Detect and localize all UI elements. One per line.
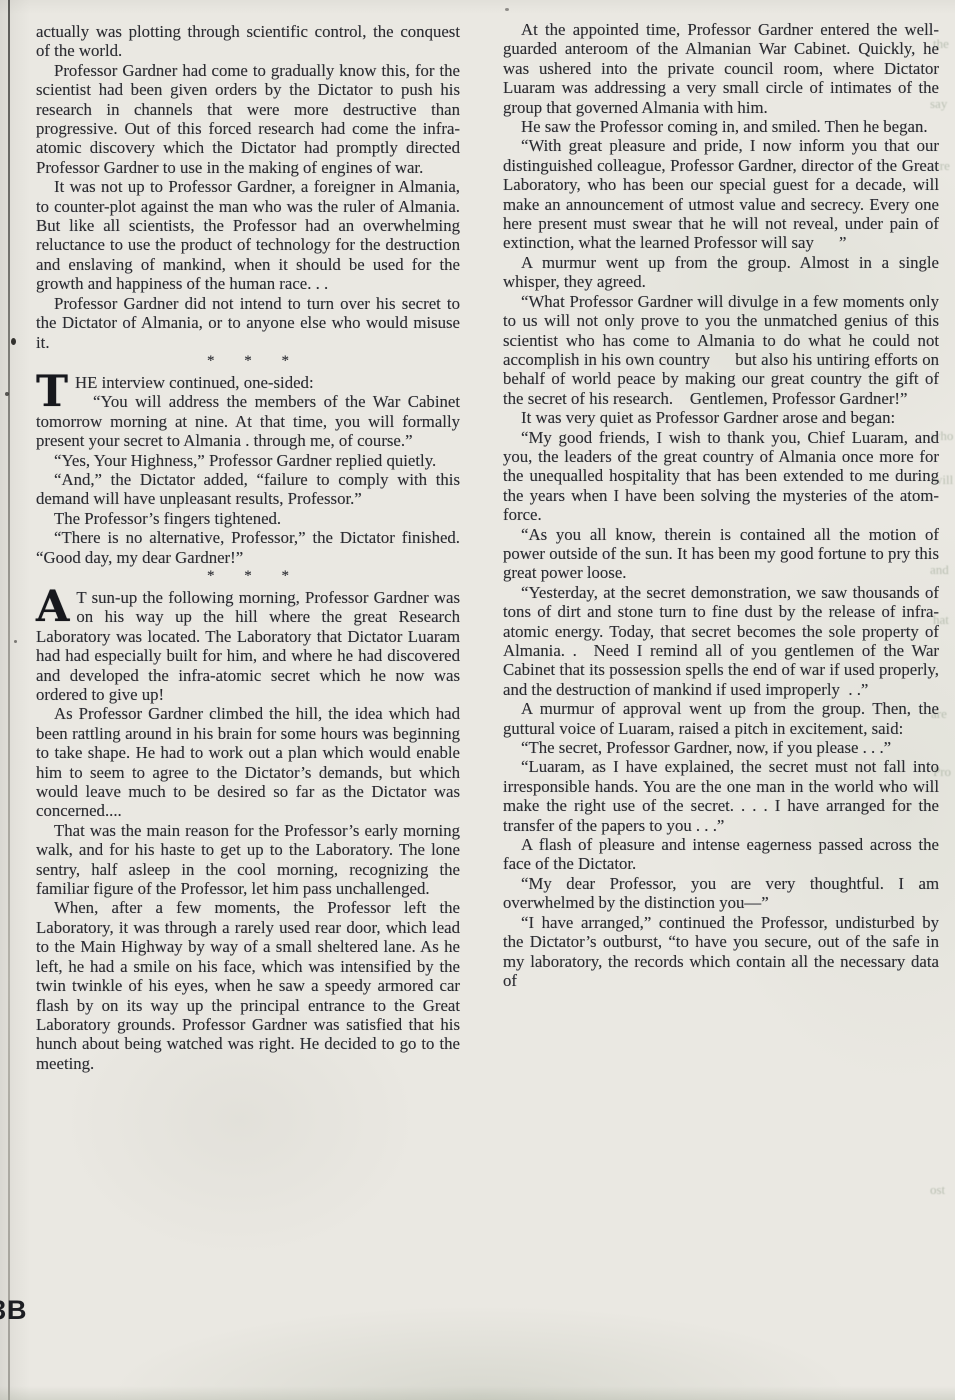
section-separator: * * * (36, 352, 460, 373)
paragraph: A murmur of approval went up from the gr… (503, 699, 939, 738)
paragraph: Professor Gardner did not intend to turn… (36, 294, 460, 352)
paragraph: “My dear Professor, you are very thought… (503, 874, 939, 913)
paragraph: At the appointed time, Professor Gardner… (503, 20, 939, 117)
drop-cap: A (36, 588, 76, 624)
paragraph: It was very quiet as Professor Gardner a… (503, 408, 939, 427)
paragraph: A murmur went up from the group. Almost … (503, 253, 939, 292)
paragraph: He saw the Professor coming in, and smil… (503, 117, 939, 136)
section-sunup: A T sun-up the following morning, Profes… (36, 588, 460, 704)
right-column: At the appointed time, Professor Gardner… (503, 20, 939, 990)
paragraph: “And,” the Dictator added, “failure to c… (36, 470, 460, 509)
paragraph: HE interview continued, one-sided: (36, 373, 460, 392)
paragraph: T sun-up the following morning, Professo… (36, 588, 460, 704)
paragraph: “What Professor Gardner will divulge in … (503, 292, 939, 408)
left-column: actually was plotting through scientific… (36, 22, 460, 1073)
paragraph: “As you all know, therein is contained a… (503, 525, 939, 583)
paragraph: “Yesterday, at the secret demonstration,… (503, 583, 939, 699)
paragraph: When, after a few moments, the Professor… (36, 898, 460, 1073)
paragraph: “Luaram, as I have explained, the secret… (503, 757, 939, 835)
paragraph: “My good friends, I wish to thank you, C… (503, 428, 939, 525)
section-interview: T HE interview continued, one-sided: “Yo… (36, 373, 460, 451)
showthrough-text: ost (930, 1182, 945, 1198)
paragraph: “There is no alternative, Professor,” th… (36, 528, 460, 567)
paragraph: The Professor’s fingers tightened. (36, 509, 460, 528)
section-separator: * * * (36, 567, 460, 588)
paragraph: That was the main reason for the Profess… (36, 821, 460, 899)
page-number: 3B (0, 1295, 28, 1326)
paper-speck (5, 392, 9, 396)
paragraph: “I have arranged,” continued the Profess… (503, 913, 939, 991)
paragraph: A flash of pleasure and intense eagernes… (503, 835, 939, 874)
paragraph: As Professor Gardner climbed the hill, t… (36, 704, 460, 820)
paragraph: actually was plotting through scientific… (36, 22, 460, 61)
paragraph: It was not up to Professor Gardner, a fo… (36, 177, 460, 293)
paper-speck (11, 338, 16, 345)
paper-speck (505, 8, 509, 11)
drop-cap: T (36, 373, 75, 409)
paragraph: “The secret, Professor Gardner, now, if … (503, 738, 939, 757)
paragraph: Professor Gardner had come to gradually … (36, 61, 460, 177)
paragraph: “With great pleasure and pride, I now in… (503, 136, 939, 252)
paragraph: “You will address the members of the War… (36, 392, 460, 450)
paragraph: “Yes, Your Highness,” Professor Gardner … (36, 451, 460, 470)
paper-speck (14, 640, 17, 643)
scan-edge-line (8, 0, 10, 1400)
scan-bottom-edge (0, 1386, 955, 1400)
